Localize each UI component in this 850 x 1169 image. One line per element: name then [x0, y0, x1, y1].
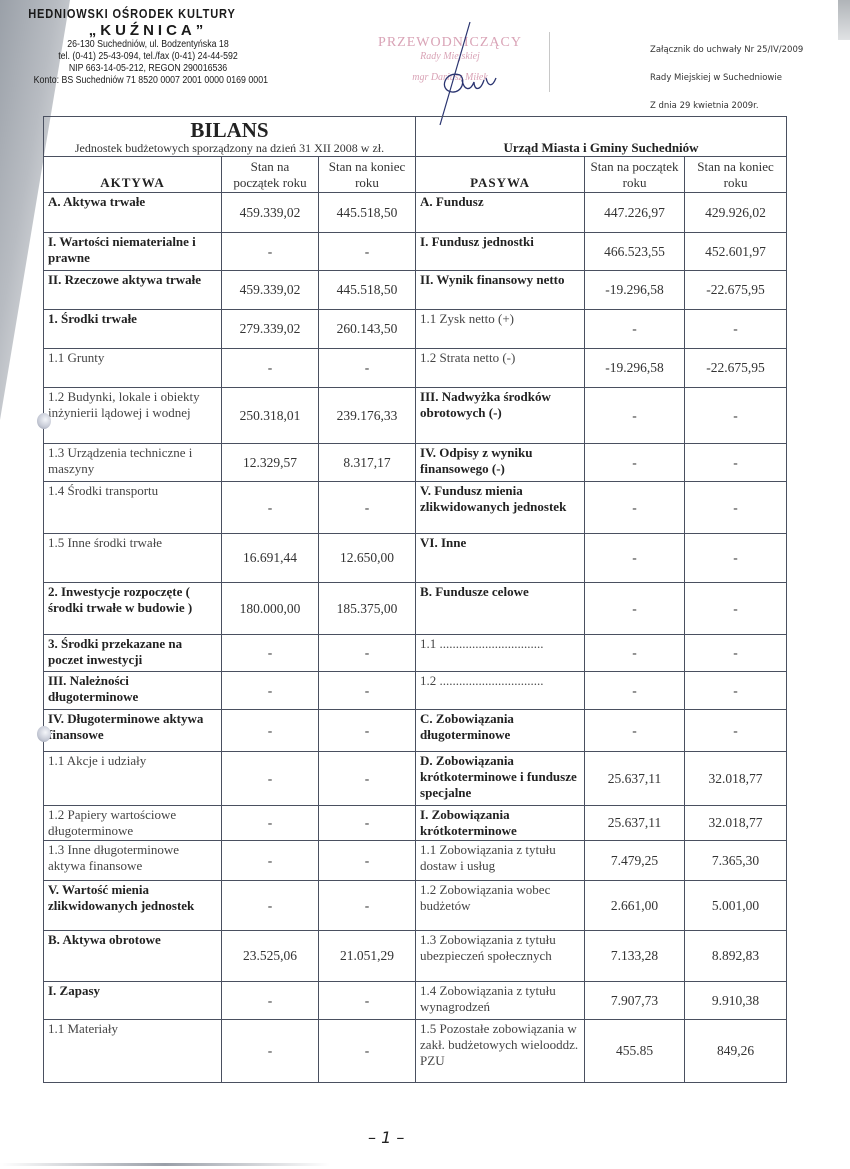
table-row: 1.1 Grunty--1.2 Strata netto (-)-19.296,… [44, 349, 787, 388]
liability-label: IV. Odpisy z wyniku finansowego (-) [416, 444, 585, 482]
bilans-header-cell: BILANS Jednostek budżetowych sporządzony… [44, 117, 416, 157]
liability-label: 1.1 Zobowiązania z tytułu dostaw i usług [416, 841, 585, 881]
asset-end-value: 445.518,50 [319, 193, 416, 233]
asset-start-value: - [222, 233, 319, 271]
asset-end-value: 185.375,00 [319, 583, 416, 635]
asset-label: III. Należności długoterminowe [44, 672, 222, 710]
annex-line-1: Załącznik do uchwały Nr 25/IV/2009 [650, 36, 803, 64]
organization-stamp: HEDNIOWSKI OŚRODEK KULTURY „KUŹNICA” 26-… [18, 6, 278, 87]
liability-end-value: - [685, 482, 787, 534]
asset-end-value: - [319, 233, 416, 271]
asset-label: IV. Długoterminowe aktywa finansowe [44, 710, 222, 752]
asset-end-value: 445.518,50 [319, 271, 416, 310]
asset-label: 1.1 Akcje i udziały [44, 752, 222, 806]
punch-hole-icon [37, 413, 51, 429]
liability-label: I. Zobowiązania krótkoterminowe [416, 806, 585, 841]
liability-end-value: 7.365,30 [685, 841, 787, 881]
liability-end-value: -22.675,95 [685, 349, 787, 388]
asset-start-value: 23.525,06 [222, 931, 319, 982]
liability-end-value: 8.892,83 [685, 931, 787, 982]
asset-label: B. Aktywa obrotowe [44, 931, 222, 982]
stamp-organization: HEDNIOWSKI OŚRODEK KULTURY [24, 6, 240, 21]
asset-start-value: - [222, 881, 319, 931]
table-row: 1.3 Inne długoterminowe aktywa finansowe… [44, 841, 787, 881]
liability-start-value: - [585, 444, 685, 482]
asset-start-value: - [222, 482, 319, 534]
liability-start-value: 2.661,00 [585, 881, 685, 931]
liability-end-value: 429.926,02 [685, 193, 787, 233]
liability-label: 1.4 Zobowiązania z tytułu wynagrodzeń [416, 982, 585, 1020]
asset-label: 3. Środki przekazane na poczet inwestycj… [44, 635, 222, 672]
liability-end-value: - [685, 444, 787, 482]
asset-start-value: 250.318,01 [222, 388, 319, 444]
liability-label: 1.5 Pozostałe zobowiązania w zakł. budże… [416, 1020, 585, 1083]
asset-end-value: - [319, 1020, 416, 1083]
bilans-title: BILANS [44, 117, 415, 141]
asset-end-value: - [319, 635, 416, 672]
liability-end-value: 32.018,77 [685, 752, 787, 806]
asset-label: I. Wartości niematerialne i prawne [44, 233, 222, 271]
table-row: 2. Inwestycje rozpoczęte ( środki trwałe… [44, 583, 787, 635]
asset-label: I. Zapasy [44, 982, 222, 1020]
table-row: 3. Środki przekazane na poczet inwestycj… [44, 635, 787, 672]
scan-edge-shadow-right [838, 0, 850, 40]
liability-label: D. Zobowiązania krótkoterminowe i fundus… [416, 752, 585, 806]
asset-label: II. Rzeczowe aktywa trwałe [44, 271, 222, 310]
asset-label: 1.2 Budynki, lokale i obiekty inżynierii… [44, 388, 222, 444]
asset-start-value: 180.000,00 [222, 583, 319, 635]
asset-start-value: 459.339,02 [222, 271, 319, 310]
liability-start-value: - [585, 388, 685, 444]
liability-end-value: -22.675,95 [685, 271, 787, 310]
liability-start-value: 455.85 [585, 1020, 685, 1083]
stamp-ids: NIP 663-14-05-212, REGON 290016536 [34, 63, 263, 75]
liability-start-value: -19.296,58 [585, 349, 685, 388]
table-row: 1.2 Papiery wartościowe długoterminowe--… [44, 806, 787, 841]
entity-title: Urząd Miasta i Gminy Suchedniów [416, 117, 787, 157]
liability-label: I. Fundusz jednostki [416, 233, 585, 271]
asset-start-value: - [222, 1020, 319, 1083]
asset-start-value: - [222, 752, 319, 806]
divider-line [549, 32, 550, 92]
asset-label: 1.3 Urządzenia techniczne i maszyny [44, 444, 222, 482]
table-row: 1.3 Urządzenia techniczne i maszyny12.32… [44, 444, 787, 482]
liabilities-start-header: Stan na początek roku [585, 157, 685, 193]
liability-end-value: - [685, 583, 787, 635]
stamp-name: „KUŹNICA” [18, 22, 278, 39]
liability-start-value: 7.133,28 [585, 931, 685, 982]
liability-start-value: - [585, 534, 685, 583]
liability-start-value: - [585, 482, 685, 534]
table-row: 1.5 Inne środki trwałe16.691,4412.650,00… [44, 534, 787, 583]
table-row: B. Aktywa obrotowe23.525,0621.051,291.3 … [44, 931, 787, 982]
table-row: A. Aktywa trwałe459.339,02445.518,50A. F… [44, 193, 787, 233]
asset-label: 1. Środki trwałe [44, 310, 222, 349]
asset-start-value: - [222, 635, 319, 672]
liability-label: B. Fundusze celowe [416, 583, 585, 635]
liability-end-value: 32.018,77 [685, 806, 787, 841]
liability-label: C. Zobowiązania długoterminowe [416, 710, 585, 752]
liability-end-value: - [685, 672, 787, 710]
liability-start-value: -19.296,58 [585, 271, 685, 310]
liability-label: 1.2 Zobowiązania wobec budżetów [416, 881, 585, 931]
asset-start-value: 16.691,44 [222, 534, 319, 583]
asset-label: 1.5 Inne środki trwałe [44, 534, 222, 583]
asset-start-value: - [222, 841, 319, 881]
table-row: 1.1 Materiały--1.5 Pozostałe zobowiązani… [44, 1020, 787, 1083]
liability-end-value: 5.001,00 [685, 881, 787, 931]
asset-start-value: - [222, 349, 319, 388]
bilans-subtitle: Jednostek budżetowych sporządzony na dzi… [44, 141, 415, 155]
liability-label: 1.2 ................................ [416, 672, 585, 710]
asset-end-value: - [319, 752, 416, 806]
asset-label: 1.2 Papiery wartościowe długoterminowe [44, 806, 222, 841]
liability-start-value: 25.637,11 [585, 806, 685, 841]
table-row: 1.1 Akcje i udziały--D. Zobowiązania kró… [44, 752, 787, 806]
assets-end-header: Stan na koniec roku [319, 157, 416, 193]
table-row: V. Wartość mienia zlikwidowanych jednost… [44, 881, 787, 931]
liability-label: 1.3 Zobowiązania z tytułu ubezpieczeń sp… [416, 931, 585, 982]
annex-note: Załącznik do uchwały Nr 25/IV/2009 Rady … [650, 36, 803, 120]
asset-start-value: 459.339,02 [222, 193, 319, 233]
liability-start-value: 7.907,73 [585, 982, 685, 1020]
liability-end-value: 849,26 [685, 1020, 787, 1083]
stamp-address: 26-130 Suchedniów, ul. Bodzentyńska 18 [34, 39, 263, 51]
asset-end-value: - [319, 806, 416, 841]
asset-start-value: - [222, 672, 319, 710]
handwritten-signature-icon [400, 20, 520, 130]
asset-start-value: 279.339,02 [222, 310, 319, 349]
liability-start-value: 25.637,11 [585, 752, 685, 806]
liability-start-value: - [585, 310, 685, 349]
asset-end-value: - [319, 710, 416, 752]
asset-end-value: - [319, 881, 416, 931]
liability-start-value: 447.226,97 [585, 193, 685, 233]
liability-end-value: - [685, 635, 787, 672]
liability-start-value: 466.523,55 [585, 233, 685, 271]
asset-end-value: 8.317,17 [319, 444, 416, 482]
table-row: 1.4 Środki transportu--V. Fundusz mienia… [44, 482, 787, 534]
assets-start-header: Stan na początek roku [222, 157, 319, 193]
asset-end-value: - [319, 982, 416, 1020]
asset-end-value: 21.051,29 [319, 931, 416, 982]
asset-label: 1.4 Środki transportu [44, 482, 222, 534]
asset-start-value: - [222, 806, 319, 841]
liability-label: A. Fundusz [416, 193, 585, 233]
table-row: I. Wartości niematerialne i prawne--I. F… [44, 233, 787, 271]
liability-start-value: - [585, 635, 685, 672]
liability-start-value: - [585, 672, 685, 710]
liability-label: 1.1 ................................ [416, 635, 585, 672]
table-row: III. Należności długoterminowe--1.2 ....… [44, 672, 787, 710]
assets-header: AKTYWA [44, 157, 222, 193]
liability-end-value: - [685, 710, 787, 752]
liability-end-value: 452.601,97 [685, 233, 787, 271]
asset-start-value: 12.329,57 [222, 444, 319, 482]
asset-start-value: - [222, 710, 319, 752]
asset-label: 1.1 Grunty [44, 349, 222, 388]
table-row: 1.2 Budynki, lokale i obiekty inżynierii… [44, 388, 787, 444]
asset-end-value: - [319, 841, 416, 881]
liabilities-end-header: Stan na koniec roku [685, 157, 787, 193]
liability-label: 1.1 Zysk netto (+) [416, 310, 585, 349]
table-row: II. Rzeczowe aktywa trwałe459.339,02445.… [44, 271, 787, 310]
asset-start-value: - [222, 982, 319, 1020]
asset-label: 2. Inwestycje rozpoczęte ( środki trwałe… [44, 583, 222, 635]
punch-hole-icon [37, 726, 51, 742]
asset-label: V. Wartość mienia zlikwidowanych jednost… [44, 881, 222, 931]
stamp-phone: tel. (0-41) 25-43-094, tel./fax (0-41) 2… [34, 51, 263, 63]
liability-label: 1.2 Strata netto (-) [416, 349, 585, 388]
liability-start-value: - [585, 710, 685, 752]
scan-bottom-shadow [0, 1163, 330, 1166]
liability-end-value: - [685, 388, 787, 444]
liability-label: VI. Inne [416, 534, 585, 583]
table-row: IV. Długoterminowe aktywa finansowe--C. … [44, 710, 787, 752]
liability-start-value: - [585, 583, 685, 635]
balance-sheet-table: BILANS Jednostek budżetowych sporządzony… [43, 116, 787, 1083]
asset-end-value: 12.650,00 [319, 534, 416, 583]
liability-end-value: 9.910,38 [685, 982, 787, 1020]
asset-label: A. Aktywa trwałe [44, 193, 222, 233]
asset-end-value: 239.176,33 [319, 388, 416, 444]
liability-label: V. Fundusz mienia zlikwidowanych jednost… [416, 482, 585, 534]
liability-label: II. Wynik finansowy netto [416, 271, 585, 310]
liabilities-header: PASYWA [416, 157, 585, 193]
asset-label: 1.1 Materiały [44, 1020, 222, 1083]
liability-end-value: - [685, 310, 787, 349]
asset-label: 1.3 Inne długoterminowe aktywa finansowe [44, 841, 222, 881]
table-row: I. Zapasy--1.4 Zobowiązania z tytułu wyn… [44, 982, 787, 1020]
liability-end-value: - [685, 534, 787, 583]
asset-end-value: - [319, 349, 416, 388]
liability-start-value: 7.479,25 [585, 841, 685, 881]
table-row: 1. Środki trwałe279.339,02260.143,501.1 … [44, 310, 787, 349]
annex-line-2: Rady Miejskiej w Suchedniowie [650, 64, 803, 92]
asset-end-value: 260.143,50 [319, 310, 416, 349]
liability-label: III. Nadwyżka środków obrotowych (-) [416, 388, 585, 444]
stamp-account: Konto: BS Suchedniów 71 8520 0007 2001 0… [34, 75, 263, 87]
asset-end-value: - [319, 672, 416, 710]
page-number: – 1 – [368, 1128, 404, 1147]
asset-end-value: - [319, 482, 416, 534]
